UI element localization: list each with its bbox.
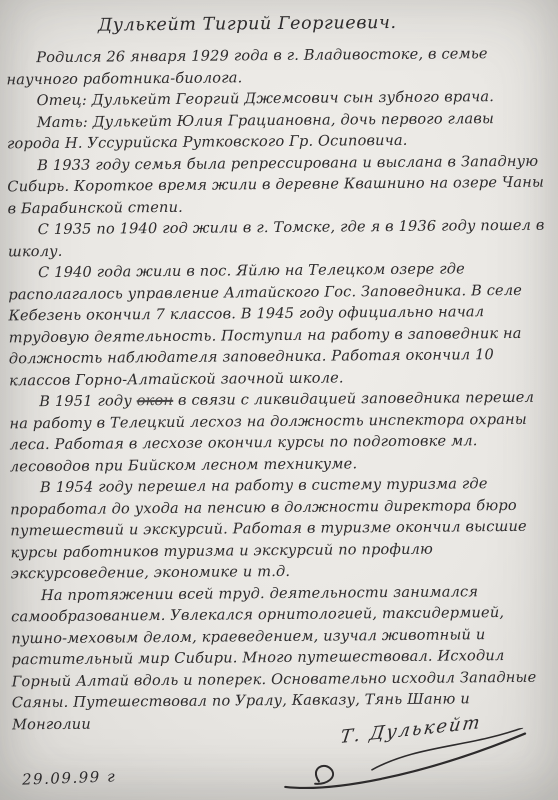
struck-out-word: окон xyxy=(137,392,174,409)
date: 29.09.99 г xyxy=(22,767,117,788)
document-page: Дулькейт Тигрий Георгиевич. Родился 26 я… xyxy=(0,0,558,800)
paragraph-mother: Мать: Дулькейт Юлия Грациановна, дочь пе… xyxy=(7,107,547,155)
paragraph-1954-tourism: В 1954 году перешел на работу в систему … xyxy=(10,473,551,585)
paragraph-1951-before: В 1951 году xyxy=(39,392,137,410)
paragraph-1935-tomsk: С 1935 по 1940 год жили в г. Томске, где… xyxy=(8,215,548,263)
document-title: Дулькейт Тигрий Георгиевич. xyxy=(98,12,546,36)
paragraph-1951-leskhoz: В 1951 году окон в связи с ликвидацией з… xyxy=(9,387,550,478)
document-body: Дулькейт Тигрий Георгиевич. Родился 26 я… xyxy=(6,12,552,736)
paragraph-birth: Родился 26 января 1929 года в г. Владиво… xyxy=(6,43,546,91)
paragraph-1933-exile: В 1933 году семья была репрессирована и … xyxy=(7,150,548,219)
paragraph-1940-yailyu: С 1940 года жили в пос. Яйлю на Телецком… xyxy=(8,258,549,392)
